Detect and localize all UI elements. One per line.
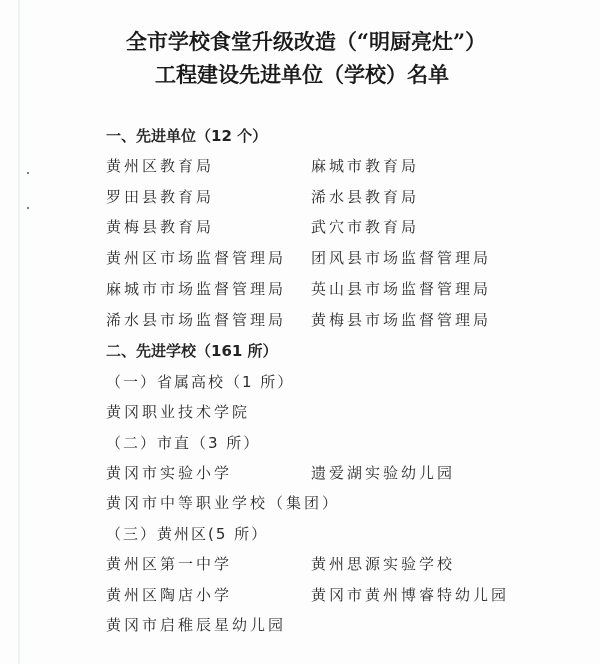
document-title-line-1: 全市学校食堂升级改造（“明厨亮灶”） [6, 26, 600, 56]
list-row: 黄冈职业技术学院 [0, 401, 600, 423]
unit-name: 黄州区教育局 [106, 155, 214, 176]
document-page: 全市学校食堂升级改造（“明厨亮灶”） 工程建设先进单位（学校）名单 一、先进单位… [0, 0, 600, 664]
list-row: 黄冈市实验小学 遗爱湖实验幼儿园 [0, 462, 600, 484]
unit-name: 团风县市场监督管理局 [311, 247, 491, 268]
list-row: 黄州区陶店小学 黄冈市黄州博睿特幼儿园 [0, 584, 600, 606]
list-row: 麻城市市场监督管理局 英山县市场监督管理局 [0, 278, 600, 300]
school-name: 黄冈市黄州博睿特幼儿园 [311, 584, 509, 605]
document-title-line-2: 工程建设先进单位（学校）名单 [2, 59, 600, 89]
school-name: 黄州区陶店小学 [106, 584, 232, 605]
list-row: 黄州区教育局 麻城市教育局 [0, 155, 600, 177]
group-heading-city-direct: （二）市直（3 所） [106, 432, 260, 453]
school-name: 遗爱湖实验幼儿园 [311, 462, 455, 483]
list-row: 黄冈市启稚辰星幼儿园 [0, 614, 600, 636]
school-name: 黄州思源实验学校 [311, 553, 455, 574]
unit-name: 黄梅县市场监督管理局 [311, 309, 491, 330]
unit-name: 罗田县教育局 [106, 186, 214, 207]
list-row: 黄州区第一中学 黄州思源实验学校 [0, 553, 600, 575]
section-heading-advanced-units: 一、先进单位（12 个） [106, 125, 267, 146]
school-name: 黄冈职业技术学院 [106, 401, 250, 422]
list-row: 黄冈市中等职业学校（集团） [0, 492, 600, 514]
unit-name: 浠水县教育局 [311, 186, 419, 207]
unit-name: 麻城市市场监督管理局 [106, 278, 286, 299]
school-name: 黄冈市实验小学 [106, 462, 232, 483]
school-name: 黄冈市中等职业学校（集团） [106, 492, 340, 513]
group-heading-provincial-universities: （一）省属高校（1 所） [106, 371, 294, 392]
unit-name: 武穴市教育局 [311, 216, 419, 237]
unit-name: 英山县市场监督管理局 [311, 278, 491, 299]
unit-name: 麻城市教育局 [311, 155, 419, 176]
unit-name: 浠水县市场监督管理局 [106, 309, 286, 330]
unit-name: 黄梅县教育局 [106, 216, 214, 237]
unit-name: 黄州区市场监督管理局 [106, 247, 286, 268]
list-row: 浠水县市场监督管理局 黄梅县市场监督管理局 [0, 309, 600, 331]
school-name: 黄州区第一中学 [106, 553, 232, 574]
group-heading-huangzhou-district: （三）黄州区(5 所） [106, 523, 268, 544]
section-heading-advanced-schools: 二、先进学校（161 所） [106, 340, 278, 361]
list-row: 黄州区市场监督管理局 团风县市场监督管理局 [0, 247, 600, 269]
list-row: 黄梅县教育局 武穴市教育局 [0, 216, 600, 238]
school-name: 黄冈市启稚辰星幼儿园 [106, 614, 286, 635]
list-row: 罗田县教育局 浠水县教育局 [0, 186, 600, 208]
